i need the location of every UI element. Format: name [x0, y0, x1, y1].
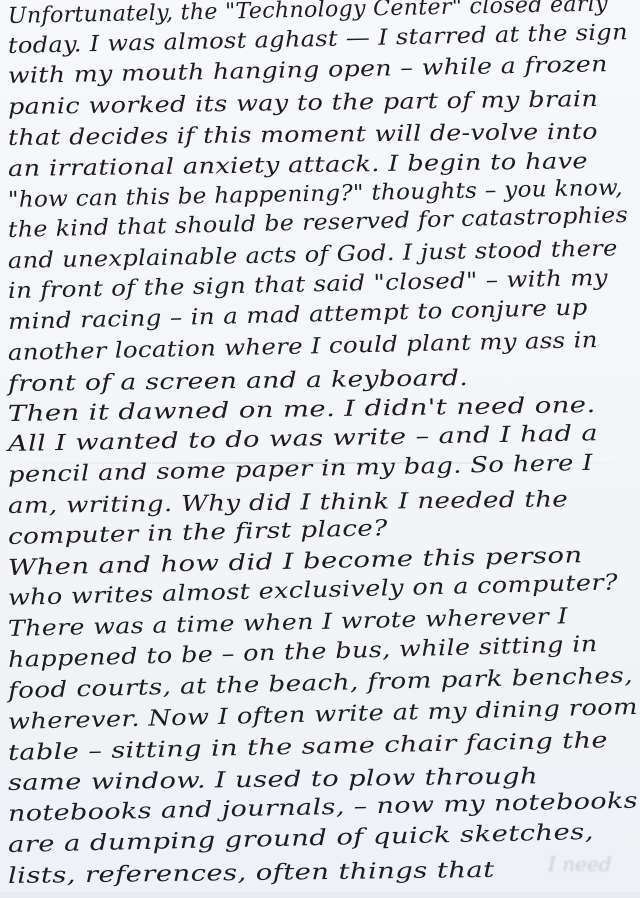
handwritten-line: lists, references, often things that [8, 858, 495, 889]
paper-bottom-edge [0, 892, 640, 898]
faded-bleedthrough-text: I need [548, 852, 612, 876]
handwritten-line: pencil and some paper in my bag. So here… [8, 451, 594, 488]
handwritten-line: with my mouth hanging open – while a fro… [8, 52, 608, 89]
handwritten-line: front of a screen and a keyboard. [8, 366, 469, 397]
handwritten-line: another location where I could plant my … [8, 328, 598, 366]
handwritten-line: am, writing. Why did I think I needed th… [8, 487, 568, 519]
handwritten-page: Unfortunately, the "Technology Center" c… [0, 0, 640, 898]
handwritten-line: same window. I used to plow through [8, 764, 538, 796]
handwritten-line: table – sitting in the same chair facing… [8, 728, 609, 766]
handwritten-line: panic worked its way to the part of my b… [8, 87, 599, 120]
handwritten-line: computer in the first place? [8, 516, 389, 550]
handwritten-line: that decides if this moment will de-volv… [8, 120, 598, 151]
handwritten-line: an irrational anxiety attack. I begin to… [8, 149, 588, 182]
handwritten-line: are a dumping ground of quick sketches, [8, 820, 595, 858]
